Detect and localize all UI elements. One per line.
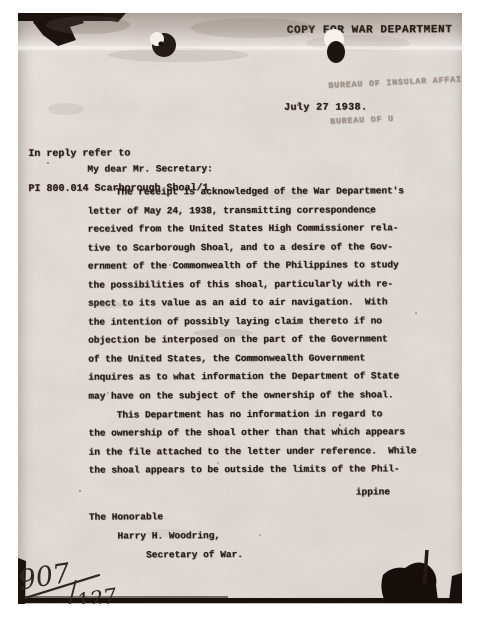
salutation: My dear Mr. Secretary: — [87, 163, 212, 175]
stamp-line-1: BUREAU OF INSULAR AFFAIRS — [328, 73, 462, 92]
letter-line: tive to Scarborough Shoal, and to a desi… — [88, 238, 416, 258]
letter-date: July 27 1938. — [284, 102, 367, 113]
letter-line: the shoal appears to be outside the limi… — [89, 460, 417, 480]
letter-line: Harry H. Woodring, — [89, 526, 243, 546]
letter-line: This Department has no information in re… — [88, 405, 416, 425]
page-continuation-word: ippine — [356, 486, 390, 497]
letter-line: in the file attached to the letter under… — [89, 442, 417, 462]
reply-reference-line-1: In reply refer to — [28, 148, 208, 160]
letter-line: inquires as to what information the Depa… — [88, 368, 416, 388]
letter-line: received from the United States High Com… — [88, 219, 416, 239]
letter-line: the ownership of the shoal other than th… — [89, 423, 417, 443]
bureau-of-insular-affairs-stamp: BUREAU OF INSULAR AFFAIRS BUREAU OF U — [327, 49, 462, 152]
addressee-block: The Honorable Harry H. Woodring, Secreta… — [89, 507, 243, 565]
letter-body: The receipt is acknowledged of the War D… — [87, 182, 416, 480]
letter-line: The receipt is acknowledged of the War D… — [87, 182, 415, 202]
letter-line: objection be interposed on the part of t… — [88, 331, 416, 351]
letter-line: the intention of possibly laying claim t… — [88, 312, 416, 332]
letter-line: letter of May 24, 1938, transmitting cor… — [88, 201, 416, 221]
letter-line: spect to its value as an aid to air navi… — [88, 294, 416, 314]
letter-line: The Honorable — [89, 507, 243, 527]
copy-for-war-department-note: COPY FOR WAR DEPARTMENT — [287, 24, 453, 37]
letter-line: Secretary of War. — [89, 545, 243, 565]
typed-content: COPY FOR WAR DEPARTMENT BUREAU OF INSULA… — [18, 13, 462, 604]
letter-line: may have on the subject of the ownership… — [88, 386, 416, 406]
letter-line: of the United States, the Commonwealth G… — [88, 349, 416, 369]
letter-line: the possibilities of this shoal, particu… — [88, 275, 416, 295]
letter-line: ernment of the Commonwealth of the Phili… — [88, 256, 416, 276]
scanned-letter: COPY FOR WAR DEPARTMENT BUREAU OF INSULA… — [18, 13, 462, 604]
